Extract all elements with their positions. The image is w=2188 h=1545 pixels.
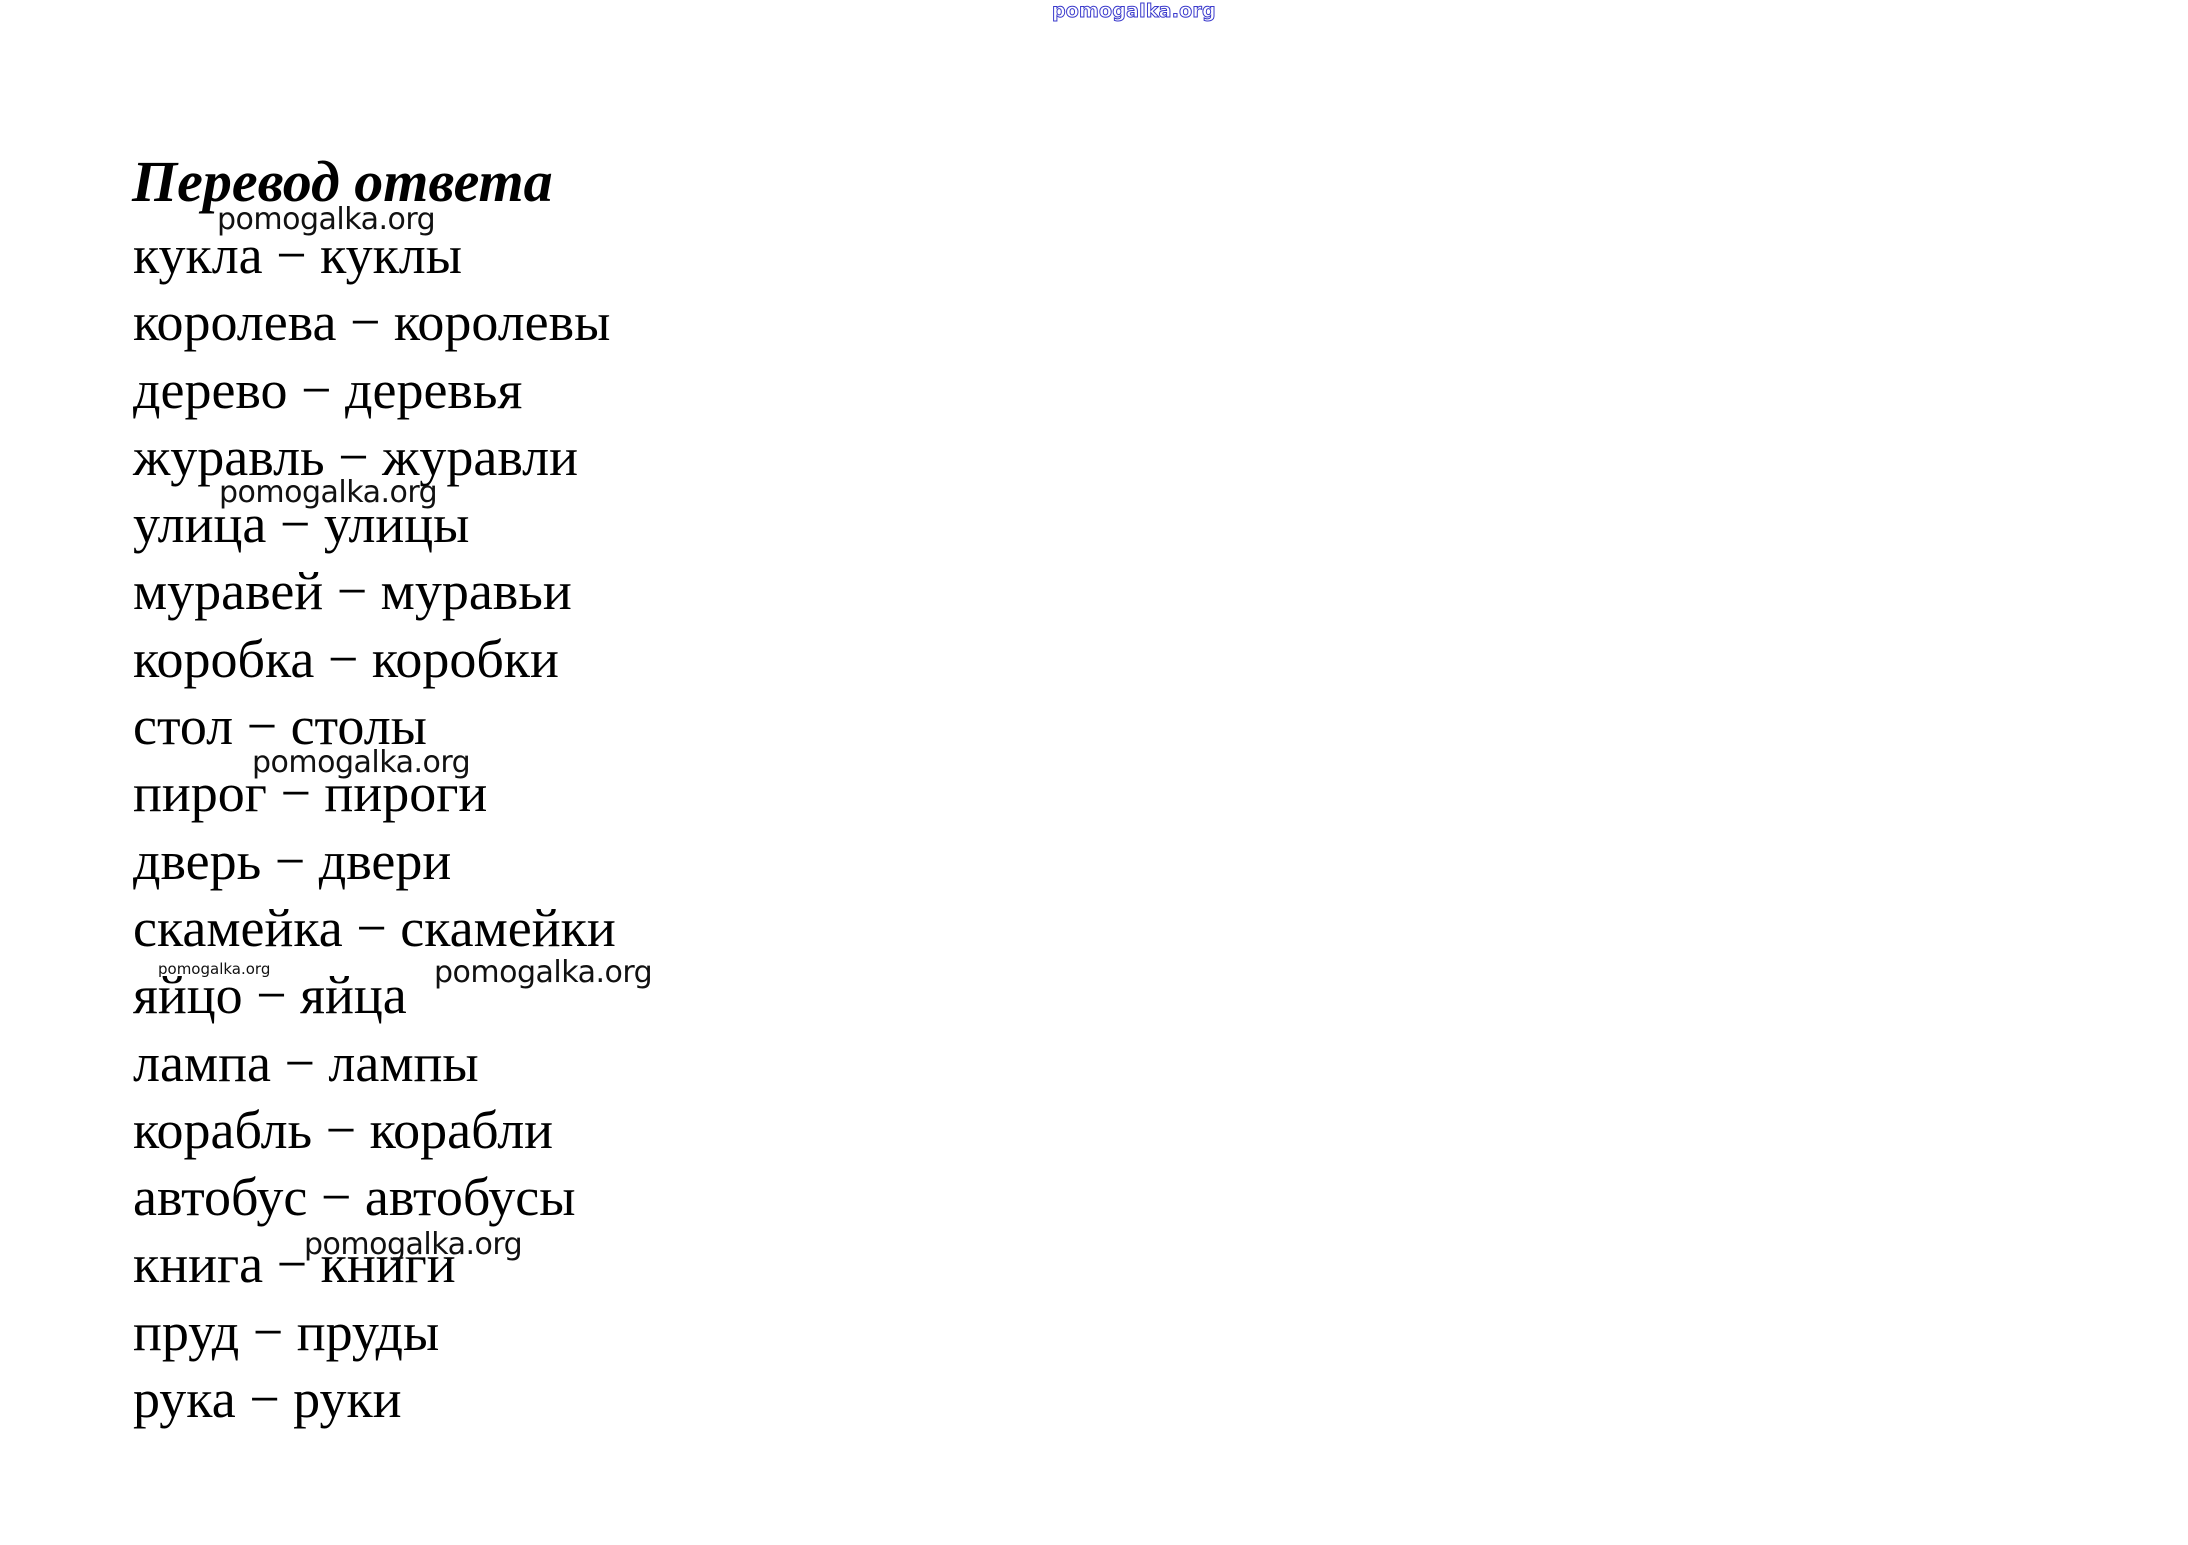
singular-word: рука — [133, 1369, 236, 1429]
singular-word: дверь — [133, 831, 261, 891]
watermark: pomogalka.org — [158, 962, 270, 977]
watermark: pomogalka.org — [434, 958, 652, 988]
plural-word: пруды — [297, 1302, 440, 1362]
singular-word: стол — [133, 696, 233, 756]
plural-word: яйца — [300, 965, 407, 1025]
watermark: pomogalka.org — [304, 1230, 522, 1260]
document-page: pomogalka.org Перевод ответа кукла − кук… — [0, 0, 2188, 1545]
list-item: автобус − автобусы — [133, 1164, 616, 1231]
singular-word: муравей — [133, 561, 323, 621]
separator: − — [249, 1369, 279, 1429]
plural-word: коробки — [372, 629, 559, 689]
singular-word: королева — [133, 292, 336, 352]
singular-word: автобус — [133, 1167, 307, 1227]
separator: − — [328, 629, 358, 689]
separator: − — [356, 898, 386, 958]
separator: − — [337, 561, 367, 621]
watermark: pomogalka.org — [217, 205, 435, 235]
separator: − — [350, 292, 380, 352]
singular-word: книга — [133, 1234, 263, 1294]
top-watermark: pomogalka.org — [1052, 0, 1216, 22]
list-item: коробка − коробки — [133, 626, 616, 693]
singular-word: пирог — [133, 763, 267, 823]
list-item: дверь − двери — [133, 828, 616, 895]
plural-word: автобусы — [365, 1167, 576, 1227]
separator: − — [275, 831, 305, 891]
plural-word: двери — [319, 831, 452, 891]
plural-word: лампы — [328, 1033, 478, 1093]
list-item: дерево − деревья — [133, 357, 616, 424]
watermark: pomogalka.org — [252, 748, 470, 778]
separator: − — [284, 1033, 314, 1093]
plural-word: корабли — [370, 1100, 553, 1160]
singular-word: корабль — [133, 1100, 312, 1160]
separator: − — [253, 1302, 283, 1362]
singular-word: пруд — [133, 1302, 239, 1362]
list-item: рука − руки — [133, 1366, 616, 1433]
list-item: лампа − лампы — [133, 1030, 616, 1097]
list-item: муравей − муравьи — [133, 558, 616, 625]
singular-word: лампа — [133, 1033, 271, 1093]
plural-word: скамейки — [400, 898, 616, 958]
singular-word: дерево — [133, 360, 288, 420]
watermark: pomogalka.org — [219, 478, 437, 508]
plural-word: королевы — [394, 292, 610, 352]
plural-word: деревья — [345, 360, 522, 420]
list-item: королева − королевы — [133, 289, 616, 356]
separator: − — [301, 360, 331, 420]
singular-word: коробка — [133, 629, 314, 689]
plural-word: муравьи — [381, 561, 572, 621]
list-item: корабль − корабли — [133, 1097, 616, 1164]
list-item: скамейка − скамейки — [133, 895, 616, 962]
separator: − — [326, 1100, 356, 1160]
list-item: пруд − пруды — [133, 1299, 616, 1366]
separator: − — [321, 1167, 351, 1227]
plural-word: руки — [293, 1369, 401, 1429]
separator: − — [277, 1234, 307, 1294]
singular-word: скамейка — [133, 898, 343, 958]
